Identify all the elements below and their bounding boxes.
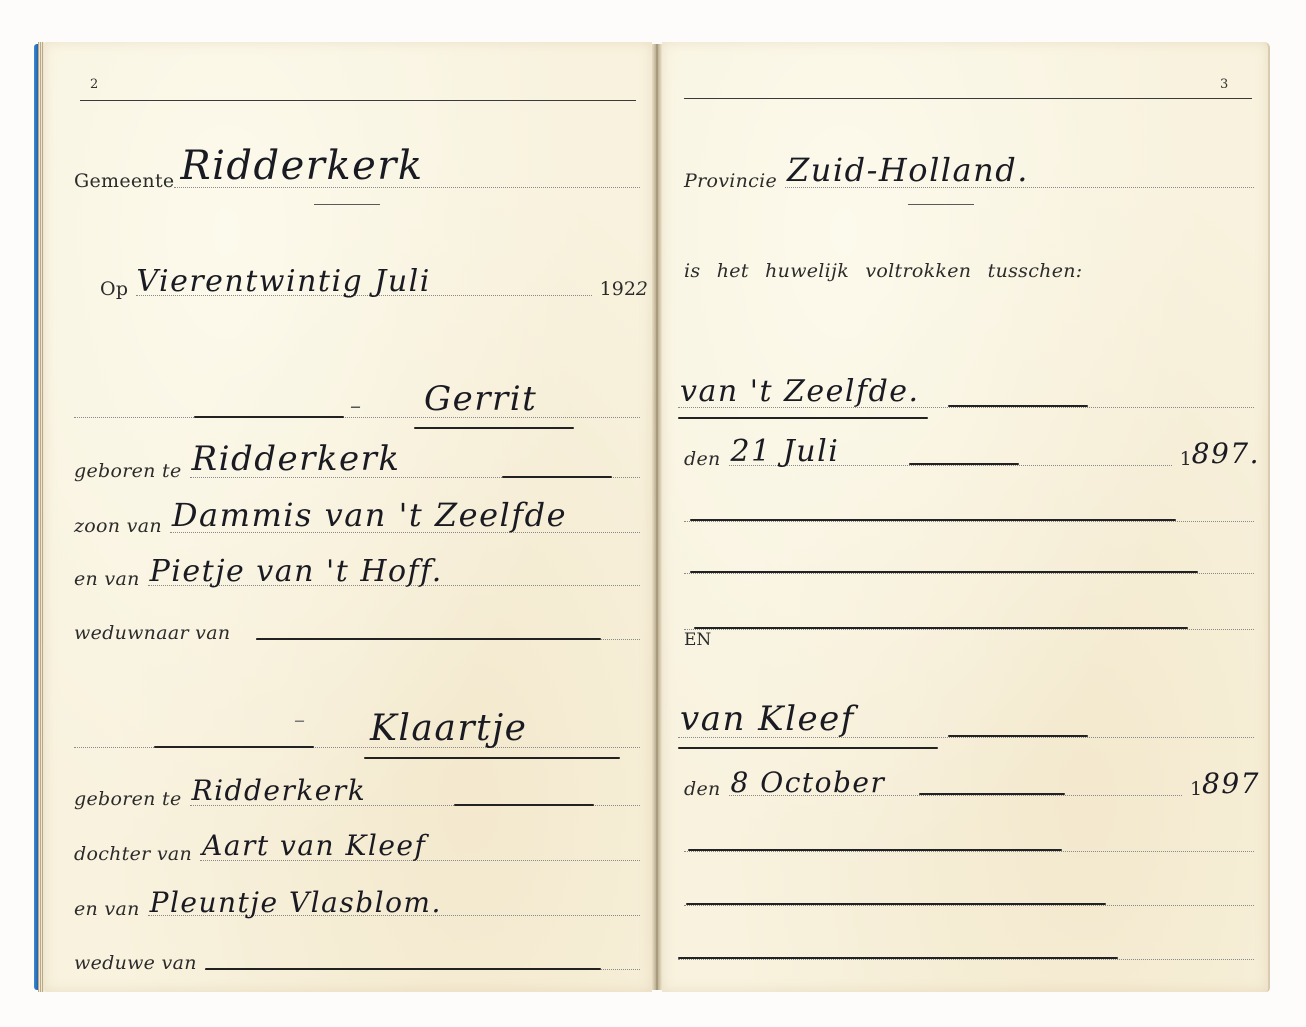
gemeente-label: Gemeente	[74, 170, 174, 192]
fill-line	[694, 627, 1188, 629]
bride-name-row: – Klaartje	[74, 712, 640, 752]
fill-line	[154, 746, 314, 748]
bride-birthplace-row: geboren te Ridderkerk	[74, 770, 640, 810]
provincie-value: Zuid-Holland.	[787, 151, 1029, 189]
page-number-left: 2	[90, 77, 98, 92]
bride-surname-row: van Kleef	[678, 702, 1254, 742]
marriage-date-field: Vierentwintig Juli	[136, 295, 591, 296]
widower-field	[256, 639, 640, 640]
bride-birthdate-row: den 8 October 1 897	[684, 760, 1260, 800]
fill-line	[909, 463, 1019, 465]
daughter-of-label: dochter van	[74, 843, 192, 865]
page-number-right: 3	[1220, 77, 1228, 92]
dash: –	[294, 708, 307, 733]
groom-mother-row: en van Pietje van 't Hoff.	[74, 550, 640, 590]
groom-year-handwritten: 897.	[1192, 437, 1260, 470]
bride-father-row: dochter van Aart van Kleef	[74, 825, 640, 865]
groom-born-label: geboren te	[74, 460, 182, 482]
header-rule	[684, 98, 1252, 99]
bride-year-printed: 1	[1190, 778, 1202, 800]
fill-line	[502, 476, 612, 478]
bride-surname-field: van Kleef	[678, 737, 1254, 738]
bride-date-label: den	[684, 778, 721, 800]
and-of-label: en van	[74, 568, 140, 590]
fill-line	[919, 793, 1065, 795]
underline	[364, 757, 620, 759]
widower-row: weduwnaar van	[74, 604, 640, 644]
empty-line	[684, 816, 1254, 856]
bride-birth-date: 8 October	[731, 766, 886, 799]
provincie-field: Zuid-Holland.	[785, 187, 1254, 188]
underline	[414, 427, 574, 429]
book-gutter	[652, 44, 662, 990]
date-prefix-label: Op	[100, 278, 128, 300]
groom-birthplace-row: geboren te Ridderkerk	[74, 442, 640, 482]
bride-first-name: Klaartje	[370, 708, 527, 749]
conjunction-en: EN	[684, 630, 711, 650]
bride-mother-field: Pleuntje Vlasblom.	[148, 915, 640, 916]
groom-name-row: – Gerrit	[74, 382, 640, 422]
fill-line	[688, 849, 1062, 851]
and-of-label: en van	[74, 898, 140, 920]
fill-line	[686, 903, 1106, 905]
fill-line	[690, 519, 1176, 521]
left-page: 2 Gemeente Ridderkerk Op Vierentwintig J…	[44, 42, 652, 992]
bride-birthplace-field: Ridderkerk	[190, 805, 641, 806]
fill-line	[256, 638, 601, 640]
groom-year-printed: 1	[1180, 448, 1192, 470]
bride-surname: van Kleef	[680, 699, 855, 739]
groom-mother: Pietje van 't Hoff.	[150, 554, 443, 589]
fill-line	[948, 735, 1088, 737]
bride-name-field: – Klaartje	[74, 747, 640, 748]
groom-surname: van 't Zeelfde.	[680, 374, 920, 409]
groom-birthdate-row: den 21 Juli 1 897.	[684, 430, 1260, 470]
marriage-year-handwritten: 2	[636, 278, 648, 300]
bride-mother-row: en van Pleuntje Vlasblom.	[74, 880, 640, 920]
blank-field	[684, 851, 1254, 852]
blank-field	[684, 905, 1254, 906]
empty-line	[684, 594, 1254, 634]
underline	[678, 417, 928, 419]
right-page: 3 Provincie Zuid-Holland. is het huwelij…	[662, 42, 1270, 992]
groom-surname-row: van 't Zeelfde.	[678, 372, 1254, 412]
bride-birthdate-field: 8 October	[729, 795, 1182, 796]
fill-line	[678, 957, 1118, 959]
section-divider	[908, 204, 974, 205]
groom-surname-field: van 't Zeelfde.	[678, 407, 1254, 408]
marriage-date-row: Op Vierentwintig Juli 192 2	[100, 260, 648, 300]
groom-date-label: den	[684, 448, 721, 470]
fill-line	[205, 968, 601, 970]
blank-field	[684, 629, 1254, 630]
marriage-year-printed: 192	[600, 278, 636, 300]
groom-father-row: zoon van Dammis van 't Zeelfde	[74, 497, 640, 537]
marriage-date-value: Vierentwintig Juli	[136, 264, 430, 299]
gemeente-field: Ridderkerk	[174, 187, 640, 188]
fill-line	[690, 571, 1198, 573]
empty-line	[684, 538, 1254, 578]
bride-year-handwritten: 897	[1202, 767, 1260, 800]
provincie-row: Provincie Zuid-Holland.	[684, 152, 1254, 192]
bride-father: Aart van Kleef	[202, 829, 426, 862]
blank-field	[684, 521, 1254, 522]
fill-line	[454, 804, 594, 806]
bride-mother: Pleuntje Vlasblom.	[150, 886, 442, 919]
groom-birth-date: 21 Juli	[731, 434, 840, 469]
groom-first-name: Gerrit	[424, 379, 537, 419]
groom-mother-field: Pietje van 't Hoff.	[148, 585, 640, 586]
empty-line	[684, 870, 1254, 910]
fill-line	[948, 405, 1088, 407]
blank-field	[678, 959, 1254, 960]
groom-father-field: Dammis van 't Zeelfde	[170, 532, 640, 533]
empty-line	[684, 486, 1254, 526]
dash: –	[350, 394, 363, 419]
groom-father: Dammis van 't Zeelfde	[172, 496, 567, 534]
section-divider	[314, 204, 380, 205]
provincie-label: Provincie	[684, 170, 777, 192]
widow-label: weduwe van	[74, 952, 197, 974]
bride-father-field: Aart van Kleef	[200, 860, 640, 861]
groom-birthdate-field: 21 Juli	[729, 465, 1172, 466]
header-rule	[80, 100, 636, 101]
groom-birthplace: Ridderkerk	[192, 439, 401, 479]
widow-row: weduwe van	[74, 934, 640, 974]
empty-line	[678, 924, 1254, 964]
son-of-label: zoon van	[74, 515, 162, 537]
groom-birthplace-field: Ridderkerk	[190, 477, 641, 478]
fill-line	[194, 416, 344, 418]
blank-field	[684, 573, 1254, 574]
gemeente-row: Gemeente Ridderkerk	[74, 152, 640, 192]
widow-field	[205, 969, 640, 970]
underline	[678, 747, 938, 749]
widower-label: weduwnaar van	[74, 622, 230, 644]
bride-birthplace: Ridderkerk	[192, 774, 367, 807]
marriage-statement: is het huwelijk voltrokken tusschen:	[684, 260, 1083, 282]
bride-born-label: geboren te	[74, 788, 182, 810]
groom-name-field: – Gerrit	[74, 417, 640, 418]
gemeente-value: Ridderkerk	[180, 143, 423, 189]
